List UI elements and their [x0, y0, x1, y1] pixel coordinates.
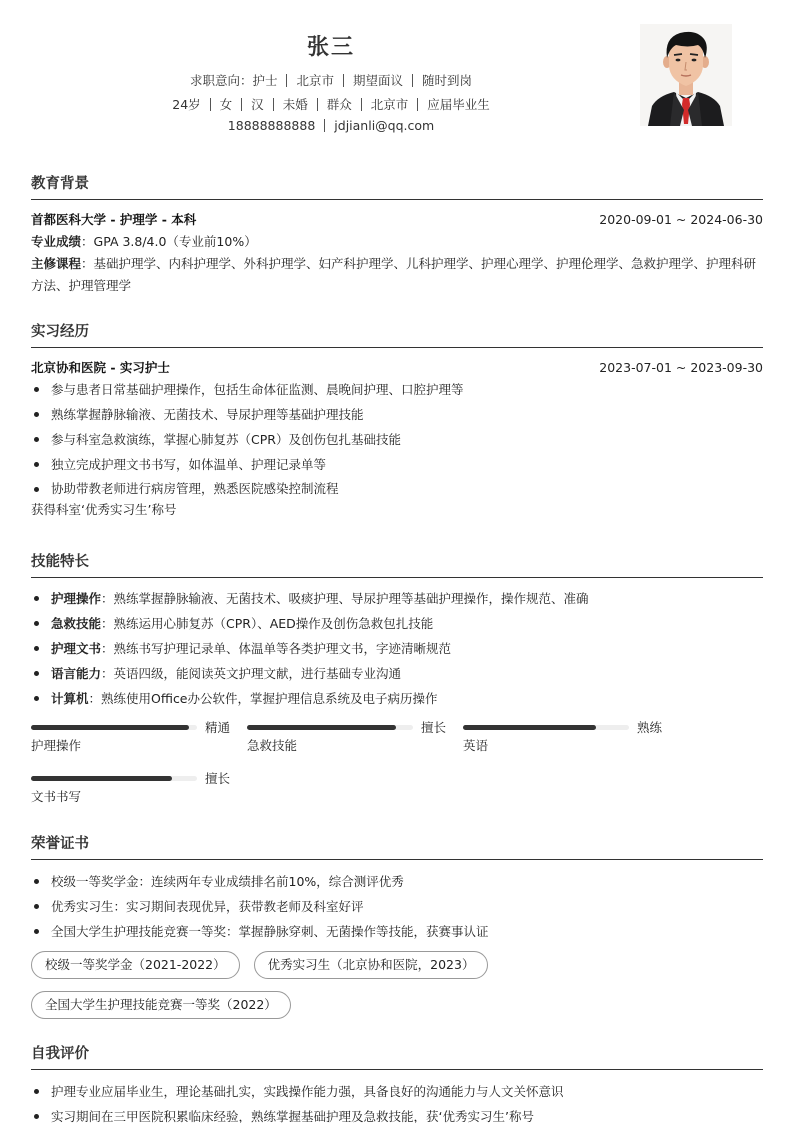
- education-section: 教育背景 首都医科大学 - 护理学 - 本科 2020-09-01 ~ 2024…: [31, 172, 763, 297]
- skills-list: 护理操作：熟练掌握静脉输液、无菌技术、吸痰护理、导尿护理等基础护理操作，操作规范…: [31, 586, 763, 711]
- progress-fill: [463, 725, 596, 730]
- section-title-internship: 实习经历: [31, 320, 763, 348]
- progress-track: [247, 725, 413, 730]
- honor-tag: 校级一等奖学金（2021-2022）: [31, 951, 240, 979]
- progress-track: [31, 725, 197, 730]
- gpa-line: 专业成绩：GPA 3.8/4.0（专业前10%）: [31, 231, 763, 253]
- list-item: 计算机：熟练使用Office办公软件，掌握护理信息系统及电子病历操作: [31, 686, 763, 711]
- courses-label: 主修课程: [31, 256, 81, 271]
- internship-duties-list: 参与患者日常基础护理操作，包括生命体征监测、晨晚间护理、口腔护理等 熟练掌握静脉…: [31, 377, 763, 501]
- list-item: 护理专业应届毕业生，理论基础扎实，实践操作能力强，具备良好的沟通能力与人文关怀意…: [31, 1079, 763, 1104]
- skill-level: 擅长: [421, 718, 446, 736]
- skill-label: 语言能力: [51, 666, 101, 681]
- progress-fill: [31, 725, 189, 730]
- list-item: 全国大学生护理技能竞赛一等奖：掌握静脉穿刺、无菌操作等技能，获赛事认证: [31, 919, 763, 944]
- skill-label: 护理文书: [51, 641, 101, 656]
- self-evaluation-list: 护理专业应届毕业生，理论基础扎实，实践操作能力强，具备良好的沟通能力与人文关怀意…: [31, 1079, 763, 1123]
- list-item: 护理文书：熟练书写护理记录单、体温单等各类护理文书，字迹清晰规范: [31, 636, 763, 661]
- gender: 女: [211, 95, 242, 113]
- honor-tag: 优秀实习生（北京协和医院，2023）: [254, 951, 489, 979]
- phone: 18888888888: [219, 118, 324, 133]
- honor-tags: 校级一等奖学金（2021-2022） 优秀实习生（北京协和医院，2023） 全国…: [31, 951, 591, 1019]
- political-status: 群众: [318, 95, 361, 113]
- list-item: 优秀实习生：实习期间表现优异，获带教老师及科室好评: [31, 894, 763, 919]
- list-item: 急救技能：熟练运用心肺复苏（CPR）、AED操作及创伤急救包扎技能: [31, 611, 763, 636]
- self-evaluation-section: 自我评价 护理专业应届毕业生，理论基础扎实，实践操作能力强，具备良好的沟通能力与…: [31, 1042, 763, 1123]
- list-item: 参与患者日常基础护理操作，包括生命体征监测、晨晚间护理、口腔护理等: [31, 377, 763, 402]
- honor-tag: 全国大学生护理技能竞赛一等奖（2022）: [31, 991, 291, 1019]
- skill-level: 精通: [205, 718, 230, 736]
- section-title-education: 教育背景: [31, 172, 763, 200]
- school-major-degree: 首都医科大学 - 护理学 - 本科: [31, 210, 196, 228]
- list-item: 参与科室急救演练，掌握心肺复苏（CPR）及创伤包扎基础技能: [31, 427, 763, 452]
- skill-text: ：熟练使用Office办公软件，掌握护理信息系统及电子病历操作: [89, 691, 438, 706]
- skill-label: 护理操作: [51, 591, 101, 606]
- ethnicity: 汉: [242, 95, 273, 113]
- skill-text: ：英语四级，能阅读英文护理文献，进行基础专业沟通: [101, 666, 401, 681]
- skill-level: 熟练: [637, 718, 662, 736]
- avatar-photo-icon: [640, 24, 732, 126]
- skill-label: 急救技能: [51, 616, 101, 631]
- age: 24岁: [163, 95, 209, 113]
- resume-page: 张三 求职意向：护士 北京市 期望面议 随时到岗 24岁 女 汉 未婚 群众 北…: [31, 0, 763, 160]
- gpa-label: 专业成绩: [31, 234, 81, 249]
- candidate-name: 张三: [31, 30, 631, 61]
- skill-bar-first-aid: 擅长 急救技能: [247, 721, 452, 761]
- personal-info-row: 24岁 女 汉 未婚 群众 北京市 应届毕业生: [31, 95, 631, 113]
- skill-name: 英语: [463, 736, 488, 754]
- skill-bars: 精通 护理操作 擅长 急救技能 熟练 英语 擅长 文书书写: [31, 721, 763, 821]
- skill-level: 擅长: [205, 769, 230, 787]
- list-item: 协助带教老师进行病房管理，熟悉医院感染控制流程: [31, 477, 763, 501]
- skill-bar-nursing: 精通 护理操作: [31, 721, 236, 761]
- education-date: 2020-09-01 ~ 2024-06-30: [599, 212, 763, 227]
- availability: 随时到岗: [413, 71, 481, 89]
- skill-name: 急救技能: [247, 736, 297, 754]
- internship-date: 2023-07-01 ~ 2023-09-30: [599, 360, 763, 375]
- internship-entry-header: 北京协和医院 - 实习护士 2023-07-01 ~ 2023-09-30: [31, 358, 763, 376]
- email: jdjianli@qq.com: [325, 118, 443, 133]
- hospital-position: 北京协和医院 - 实习护士: [31, 358, 170, 376]
- honors-section: 荣誉证书 校级一等奖学金：连续两年专业成绩排名前10%，综合测评优秀 优秀实习生…: [31, 832, 763, 1019]
- skill-bar-documentation: 擅长 文书书写: [31, 772, 236, 812]
- job-intent: 求职意向：护士: [181, 71, 287, 89]
- marital-status: 未婚: [274, 95, 317, 113]
- section-title-honors: 荣誉证书: [31, 832, 763, 860]
- honors-list: 校级一等奖学金：连续两年专业成绩排名前10%，综合测评优秀 优秀实习生：实习期间…: [31, 869, 763, 944]
- list-item: 实习期间在三甲医院积累临床经验，熟练掌握基础护理及急救技能，获‘优秀实习生’称号: [31, 1104, 763, 1123]
- contact-row: 18888888888 jdjianli@qq.com: [31, 118, 631, 133]
- progress-track: [31, 776, 197, 781]
- gpa-value: ：GPA 3.8/4.0（专业前10%）: [81, 234, 257, 249]
- list-item: 校级一等奖学金：连续两年专业成绩排名前10%，综合测评优秀: [31, 869, 763, 894]
- courses-value: ：基础护理学、内科护理学、外科护理学、妇产科护理学、儿科护理学、护理心理学、护理…: [31, 256, 756, 293]
- residence: 北京市: [362, 95, 418, 113]
- skill-text: ：熟练运用心肺复苏（CPR）、AED操作及创伤急救包扎技能: [101, 616, 433, 631]
- avatar: [640, 24, 732, 126]
- skill-name: 护理操作: [31, 736, 81, 754]
- list-item: 独立完成护理文书书写，如体温单、护理记录单等: [31, 452, 763, 477]
- internship-section: 实习经历 北京协和医院 - 实习护士 2023-07-01 ~ 2023-09-…: [31, 320, 763, 519]
- skill-label: 计算机: [51, 691, 89, 706]
- section-title-skills: 技能特长: [31, 550, 763, 578]
- courses-line: 主修课程：基础护理学、内科护理学、外科护理学、妇产科护理学、儿科护理学、护理心理…: [31, 253, 763, 297]
- list-item: 护理操作：熟练掌握静脉输液、无菌技术、吸痰护理、导尿护理等基础护理操作，操作规范…: [31, 586, 763, 611]
- job-intent-row: 求职意向：护士 北京市 期望面议 随时到岗: [31, 71, 631, 89]
- internship-note: 获得科室‘优秀实习生’称号: [31, 501, 763, 519]
- section-title-self-evaluation: 自我评价: [31, 1042, 763, 1070]
- skills-section: 技能特长 护理操作：熟练掌握静脉输液、无菌技术、吸痰护理、导尿护理等基础护理操作…: [31, 550, 763, 821]
- graduate-status: 应届毕业生: [418, 95, 499, 113]
- expected-salary: 期望面议: [344, 71, 412, 89]
- skill-text: ：熟练书写护理记录单、体温单等各类护理文书，字迹清晰规范: [101, 641, 451, 656]
- education-entry-header: 首都医科大学 - 护理学 - 本科 2020-09-01 ~ 2024-06-3…: [31, 210, 763, 228]
- skill-bar-english: 熟练 英语: [463, 721, 668, 761]
- list-item: 语言能力：英语四级，能阅读英文护理文献，进行基础专业沟通: [31, 661, 763, 686]
- job-city: 北京市: [287, 71, 343, 89]
- progress-fill: [247, 725, 396, 730]
- progress-fill: [31, 776, 172, 781]
- resume-header: 张三 求职意向：护士 北京市 期望面议 随时到岗 24岁 女 汉 未婚 群众 北…: [31, 0, 763, 160]
- progress-track: [463, 725, 629, 730]
- skill-name: 文书书写: [31, 787, 81, 805]
- skill-text: ：熟练掌握静脉输液、无菌技术、吸痰护理、导尿护理等基础护理操作，操作规范、准确: [101, 591, 589, 606]
- list-item: 熟练掌握静脉输液、无菌技术、导尿护理等基础护理技能: [31, 402, 763, 427]
